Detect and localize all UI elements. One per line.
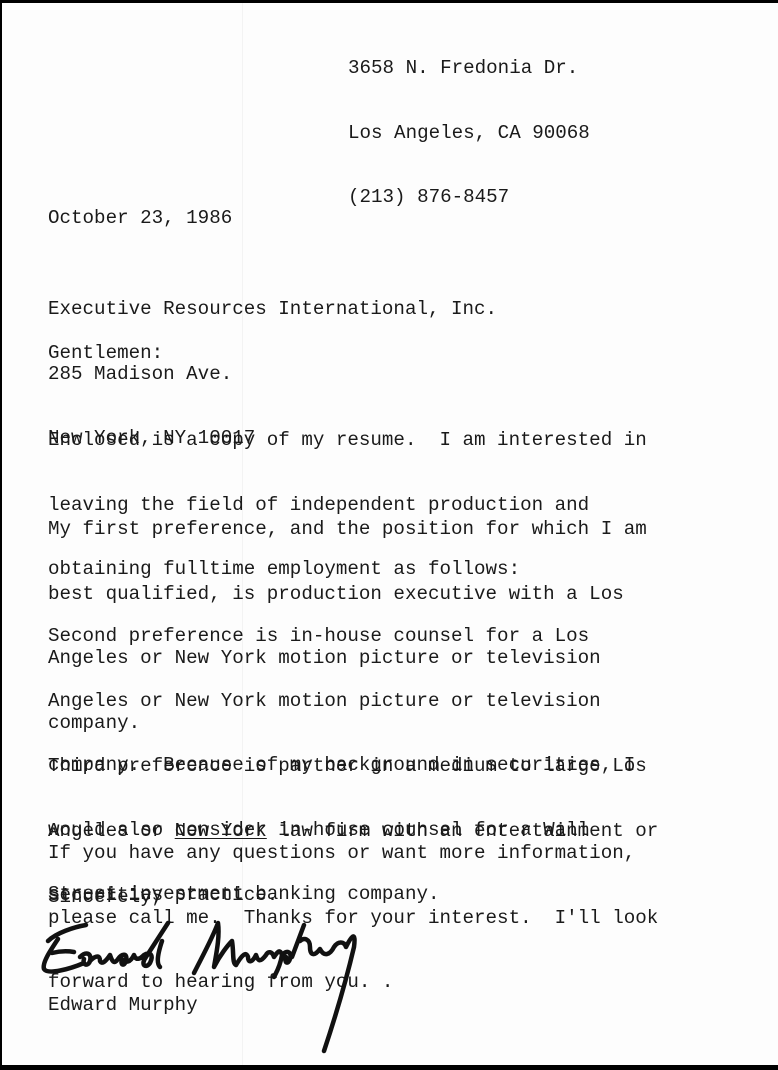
recipient-company: Executive Resources International, Inc.	[48, 299, 497, 321]
paragraph-line: If you have any questions or want more i…	[48, 843, 658, 865]
recipient-street: 285 Madison Ave.	[48, 364, 497, 386]
letter-date: October 23, 1986	[48, 208, 232, 230]
typed-name: Edward Murphy	[48, 995, 198, 1017]
paragraph-line: Angeles or New York motion picture or te…	[48, 691, 635, 713]
return-address: 3658 N. Fredonia Dr. Los Angeles, CA 900…	[348, 15, 590, 252]
paragraph-line: Second preference is in-house counsel fo…	[48, 626, 635, 648]
return-street: 3658 N. Fredonia Dr.	[348, 58, 590, 80]
closing: Sincerely,	[48, 887, 163, 909]
return-phone: (213) 876-8457	[348, 187, 590, 209]
paragraph-line: Third preference is partner in a medium …	[48, 756, 658, 778]
salutation: Gentlemen:	[48, 343, 163, 365]
return-city: Los Angeles, CA 90068	[348, 123, 590, 145]
paragraph-line: My first preference, and the position fo…	[48, 519, 647, 541]
paragraph-line: Enclosed is a copy of my resume. I am in…	[48, 430, 647, 452]
letter-page: 3658 N. Fredonia Dr. Los Angeles, CA 900…	[0, 0, 778, 1070]
signature-icon	[34, 911, 404, 1061]
